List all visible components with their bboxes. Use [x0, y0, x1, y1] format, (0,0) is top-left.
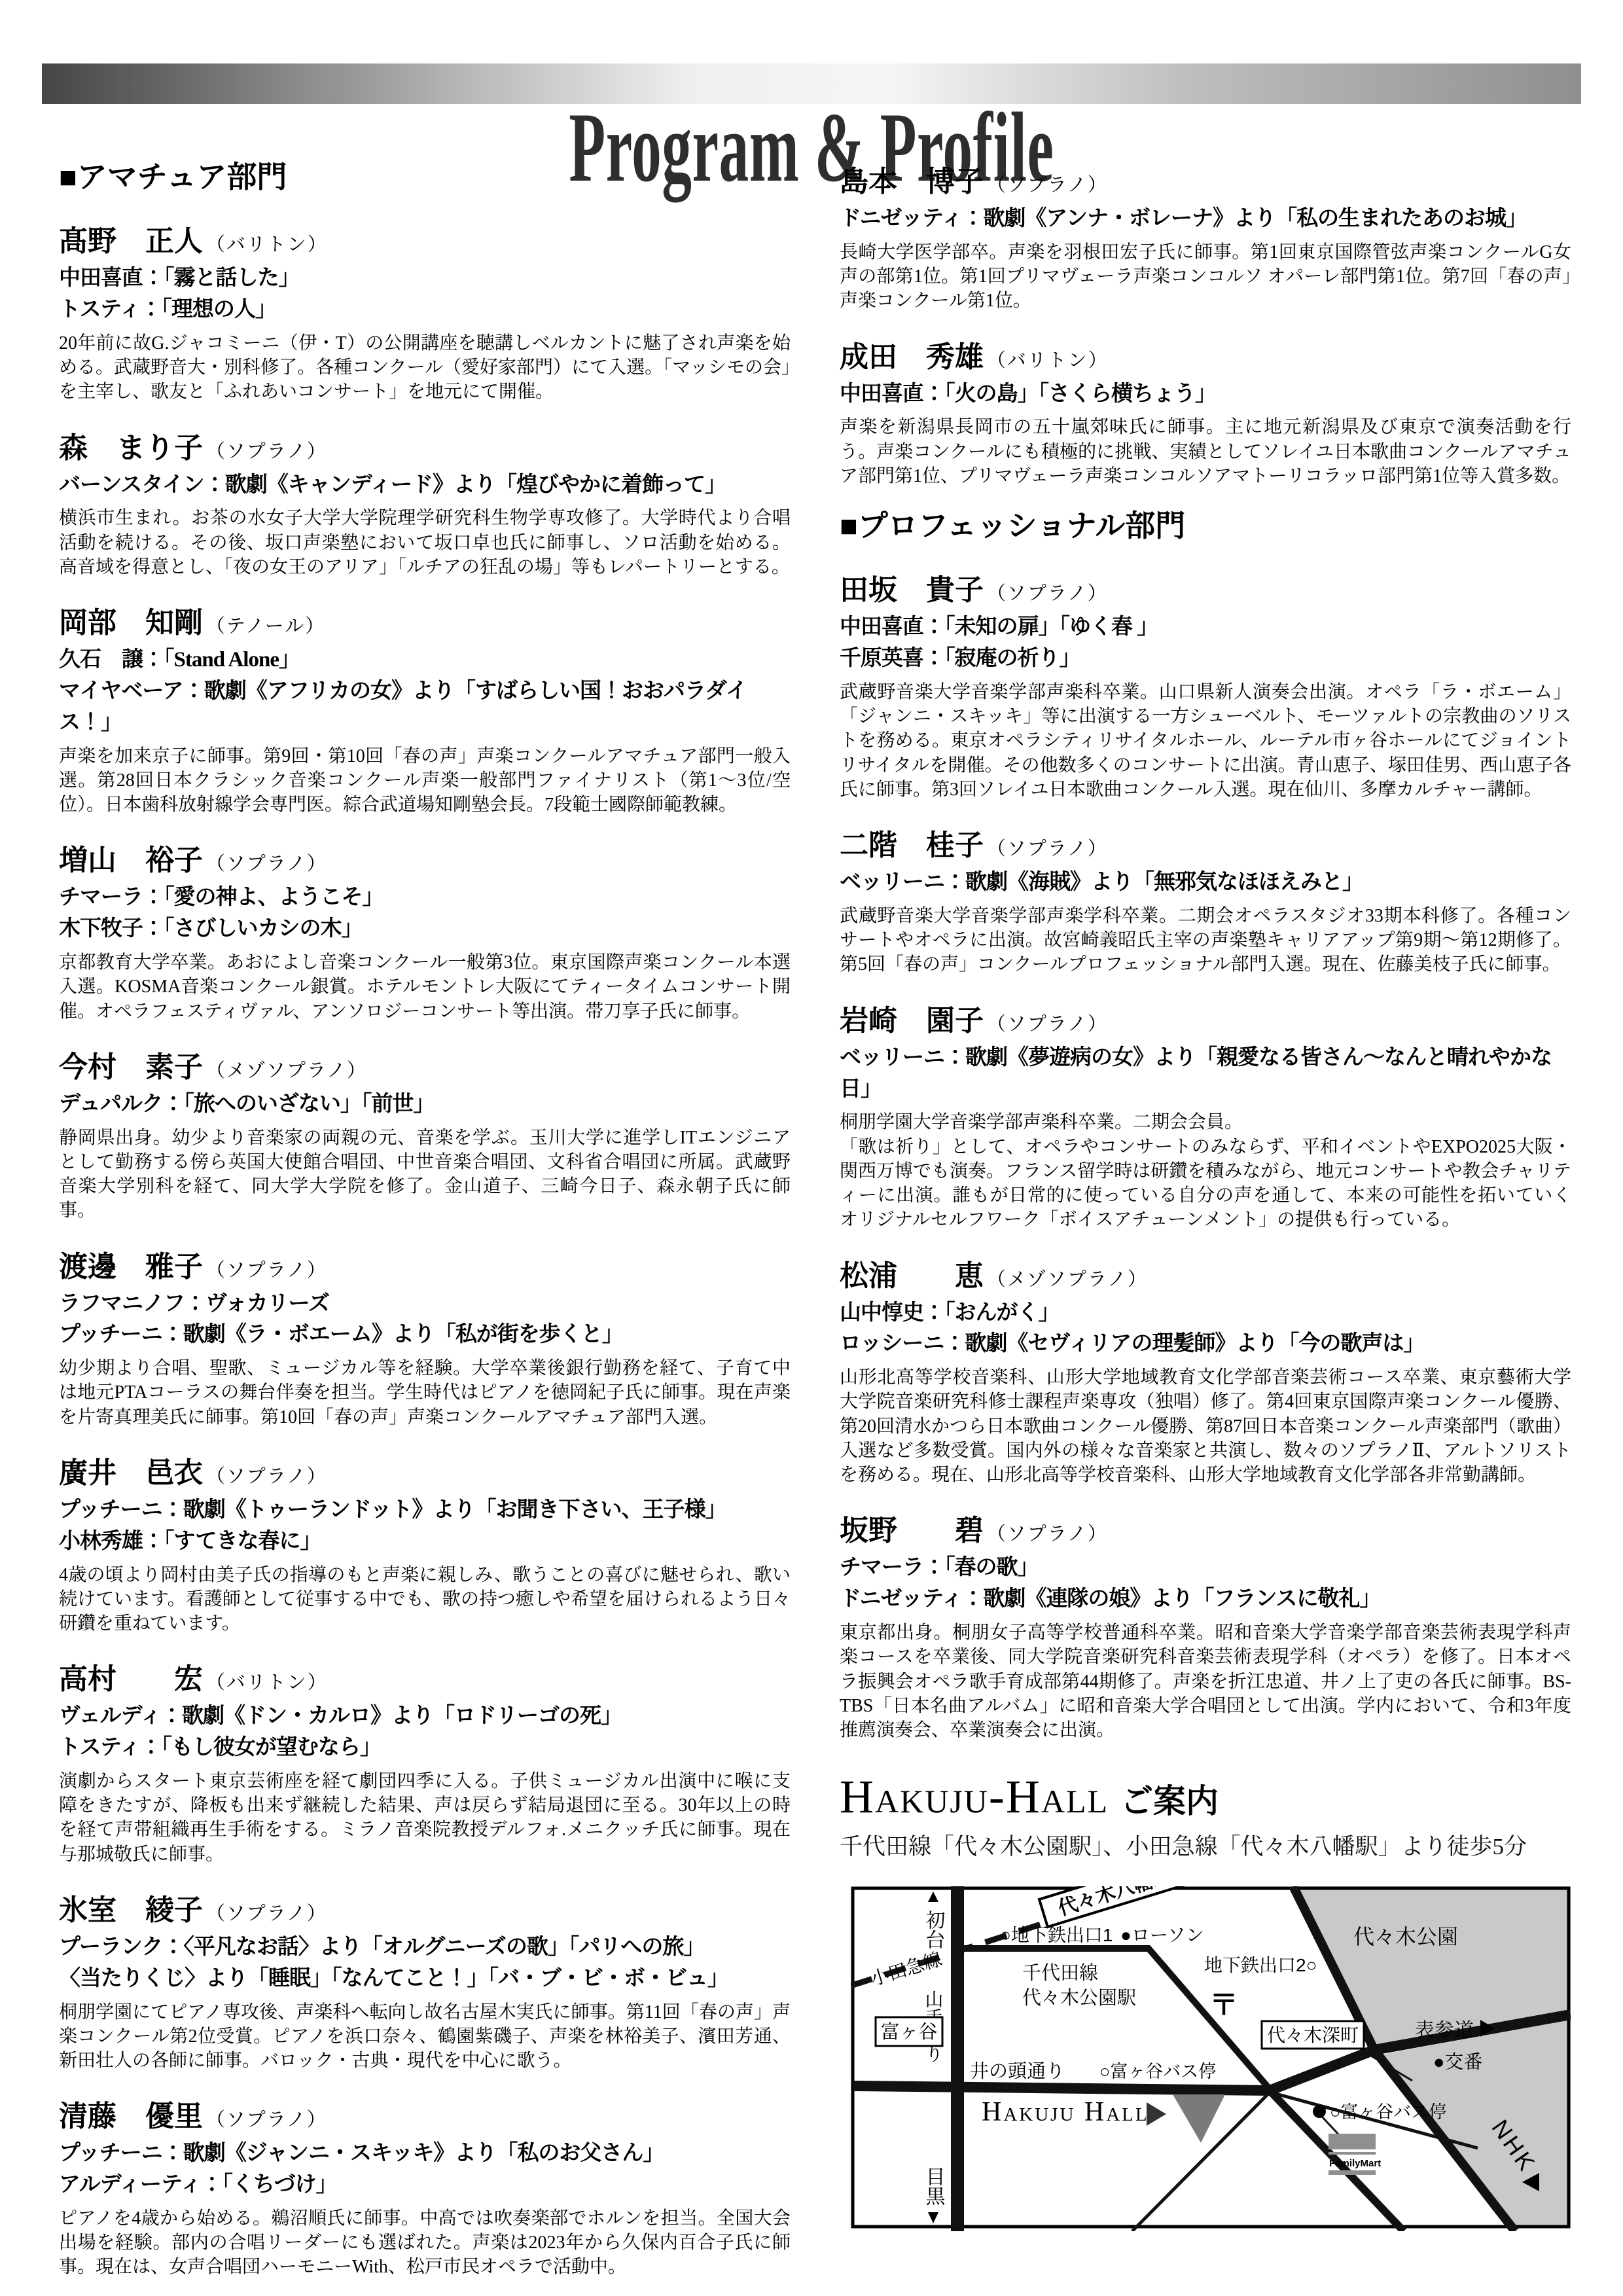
performer-bio: 横浜市生まれ。お茶の水女子大学大学院理学研究科生物学専攻修了。大学時代より合唱活…	[59, 506, 791, 579]
lawson-label: ●ローソン	[1120, 1925, 1204, 1945]
up-arrow-icon	[928, 1892, 938, 1902]
song-line: ドニゼッティ：歌劇《連隊の娘》より「フランスに敬礼」	[840, 1584, 1571, 1615]
song-list: プッチーニ：歌劇《トゥーランドット》より「お聞き下さい、王子様」小林秀雄：「すて…	[59, 1495, 791, 1558]
amateur-entries-right: 島本 博子 （ソプラノ） ドニゼッティ：歌劇《アンナ・ボレーナ》より「私の生まれ…	[840, 158, 1571, 488]
bio-paragraph: 横浜市生まれ。お茶の水女子大学大学院理学研究科生物学専攻修了。大学時代より合唱活…	[59, 506, 791, 579]
bio-paragraph: 桐朋学園大学音楽学部声楽科卒業。二期会会員。	[840, 1110, 1571, 1134]
performer-name: 松浦 恵	[840, 1260, 984, 1292]
song-line: バーンスタイン：歌劇《キャンディード》より「煌びやかに着飾って」	[59, 470, 791, 501]
bio-paragraph: 演劇からスタート東京芸術座を経て劇団四季に入る。子供ミュージカル出演中に喉に支障…	[59, 1769, 791, 1867]
song-line: ベッリーニ：歌劇《夢遊病の女》より「親愛なる皆さん～なんと晴れやかな日」	[840, 1043, 1571, 1105]
hall-guide-label: ご案内	[1120, 1783, 1219, 1820]
access-map: 代々木八幡駅 小田急線 初台 山手通り 目黒 富ヶ谷 ○地下鉄出口1 ●ローソン…	[851, 1886, 1571, 2233]
voice-type: （メゾソプラノ）	[206, 1060, 367, 1081]
song-line: ベッリーニ：歌劇《海賊》より「無邪気なほほえみと」	[840, 867, 1571, 899]
performer-bio: 武蔵野音楽大学音楽学部声楽科卒業。山口県新人演奏会出演。オペラ「ラ・ボエーム」「…	[840, 680, 1571, 802]
song-list: ベッリーニ：歌劇《夢遊病の女》より「親愛なる皆さん～なんと晴れやかな日」	[840, 1043, 1571, 1105]
performer-entry: 田坂 貴子 （ソプラノ） 中田喜直：「未知の扉」「ゆく春 」千原英喜：「寂庵の祈…	[840, 566, 1571, 802]
bus-stop-dot-icon	[1313, 2105, 1326, 2118]
hall-pointer-icon	[1147, 2102, 1166, 2126]
hall-name: Hakuju-Hall	[840, 1770, 1109, 1823]
bio-paragraph: 山形北高等学校音楽科、山形大学地域教育文化学部音楽芸術コース卒業、東京藝術大学大…	[840, 1365, 1571, 1487]
familymart-sign-stripe	[1329, 2152, 1376, 2155]
performer-entry: 島本 博子 （ソプラノ） ドニゼッティ：歌劇《アンナ・ボレーナ》より「私の生まれ…	[840, 158, 1571, 314]
performer-entry: 髙野 正人 （バリトン） 中田喜直：「霧と話した」トスティ：「理想の人」 20年…	[59, 217, 791, 404]
performer-entry: 高村 宏 （バリトン） ヴェルディ：歌劇《ドン・カルロ》より「ロドリーゴの死」ト…	[59, 1655, 791, 1867]
performer-name-line: 松浦 恵 （メゾソプラノ）	[840, 1252, 1571, 1294]
bio-paragraph: 静岡県出身。幼少より音楽家の両親の元、音楽を学ぶ。玉川大学に進学しITエンジニア…	[59, 1126, 791, 1223]
performer-name-line: 坂野 碧 （ソプラノ）	[840, 1507, 1571, 1549]
song-list: 中田喜直：「未知の扉」「ゆく春 」千原英喜：「寂庵の祈り」	[840, 612, 1571, 675]
performer-name: 田坂 貴子	[840, 574, 984, 606]
song-list: ラフマニノフ：ヴォカリーズプッチーニ：歌劇《ラ・ボエーム》より「私が街を歩くと」	[59, 1289, 791, 1352]
voice-type: （ソプラノ）	[206, 2109, 327, 2130]
song-list: 中田喜直：「火の島」「さくら横ちょう」	[840, 379, 1571, 410]
voice-type: （ソプラノ）	[206, 1903, 327, 1924]
song-line: 〈当たりくじ〉より「睡眠」「なんてこと！」「バ・ブ・ビ・ボ・ビュ」	[59, 1964, 791, 1995]
chiyoda-line-label: 千代田線	[1022, 1962, 1098, 1984]
hall-building-icon	[1173, 2094, 1225, 2143]
right-column: 島本 博子 （ソプラノ） ドニゼッティ：歌劇《アンナ・ボレーナ》より「私の生まれ…	[840, 158, 1571, 1762]
performer-entry: 氷室 綾子 （ソプラノ） プーランク：〈平凡なお話〉より「オルグニーズの歌」「パ…	[59, 1886, 791, 2073]
hakuju-hall-title: Hakuju-Hall ご案内	[840, 1772, 1571, 1822]
voice-type: （バリトン）	[206, 1672, 328, 1693]
performer-name: 髙野 正人	[59, 225, 203, 257]
song-list: ドニゼッティ：歌劇《アンナ・ボレーナ》より「私の生まれたあのお城」	[840, 204, 1571, 235]
voice-type: （ソプラノ）	[987, 175, 1108, 196]
performer-bio: 京都教育大学卒業。あおによし音楽コンクール一般第3位。東京国際声楽コンクール本選…	[59, 950, 791, 1024]
post-office-icon: 〒	[1209, 1989, 1238, 2021]
performer-name: 渡邊 雅子	[59, 1251, 203, 1283]
song-line: 中田喜直：「霧と話した」	[59, 263, 791, 295]
inokashira-dori-label: 井の頭通り	[970, 2060, 1065, 2082]
yoyogi-koen-station-label: 代々木公園駅	[1022, 1987, 1136, 2009]
song-line: チマーラ：「春の歌」	[840, 1552, 1571, 1584]
performer-name-line: 成田 秀雄 （バリトン）	[840, 333, 1571, 375]
bio-paragraph: 京都教育大学卒業。あおによし音楽コンクール一般第3位。東京国際声楽コンクール本選…	[59, 950, 791, 1024]
tomigaya-bus-stop2-label: ○富ヶ谷バス停	[1330, 2102, 1446, 2122]
performer-bio: 声楽を加来京子に師事。第9回・第10回「春の声」声楽コンクールアマチュア部門一般…	[59, 744, 791, 817]
familymart-sign-top	[1329, 2134, 1376, 2149]
performer-entry: 渡邊 雅子 （ソプラノ） ラフマニノフ：ヴォカリーズプッチーニ：歌劇《ラ・ボエー…	[59, 1243, 791, 1429]
familymart-sign-bottom	[1329, 2170, 1376, 2175]
performer-name: 坂野 碧	[840, 1515, 984, 1547]
hatsudai-label: 初台	[923, 1910, 946, 1949]
performer-entry: 森 まり子 （ソプラノ） バーンスタイン：歌劇《キャンディード》より「煌びやかに…	[59, 424, 791, 580]
performer-name: 廣井 邑衣	[59, 1457, 203, 1489]
song-line: プーランク：〈平凡なお話〉より「オルグニーズの歌」「パリへの旅」	[59, 1932, 791, 1964]
song-list: デュパルク：「旅へのいざない」「前世」	[59, 1089, 791, 1121]
song-line: 中田喜直：「火の島」「さくら横ちょう」	[840, 379, 1571, 410]
performer-name-line: 髙野 正人 （バリトン）	[59, 217, 791, 259]
performer-name-line: 清藤 優里 （ソプラノ）	[59, 2092, 791, 2134]
performer-entry: 坂野 碧 （ソプラノ） チマーラ：「春の歌」ドニゼッティ：歌劇《連隊の娘》より「…	[840, 1507, 1571, 1742]
performer-name: 清藤 優里	[59, 2100, 203, 2132]
performer-name-line: 増山 裕子 （ソプラノ）	[59, 836, 791, 878]
bio-paragraph: 20年前に故G.ジャコミーニ（伊・T）の公開講座を聴講しベルカントに魅了され声楽…	[59, 331, 791, 404]
tomigaya-label: 富ヶ谷	[880, 2021, 937, 2043]
performer-entry: 岡部 知剛 （テノール） 久石 譲：「Stand Alone」マイヤベーア：歌劇…	[59, 599, 791, 817]
song-line: トスティ：「もし彼女が望むなら」	[59, 1732, 791, 1764]
song-list: ヴェルディ：歌劇《ドン・カルロ》より「ロドリーゴの死」トスティ：「もし彼女が望む…	[59, 1701, 791, 1764]
performer-entry: 今村 素子 （メゾソプラノ） デュパルク：「旅へのいざない」「前世」 静岡県出身…	[59, 1043, 791, 1223]
voice-type: （ソプラノ）	[987, 838, 1108, 859]
performer-bio: 幼少期より合唱、聖歌、ミュージカル等を経験。大学卒業後銀行勤務を経て、子育て中は…	[59, 1356, 791, 1429]
song-list: 久石 譲：「Stand Alone」マイヤベーア：歌劇《アフリカの女》より「すば…	[59, 645, 791, 739]
song-line: アルディーティ：「くちづけ」	[59, 2170, 791, 2201]
hakuju-hall-map-label: Hakuju Hall	[982, 2097, 1149, 2127]
voice-type: （ソプラノ）	[206, 853, 327, 874]
song-line: ドニゼッティ：歌劇《アンナ・ボレーナ》より「私の生まれたあのお城」	[840, 204, 1571, 235]
song-line: 久石 譲：「Stand Alone」	[59, 645, 791, 676]
performer-bio: 山形北高等学校音楽科、山形大学地域教育文化学部音楽芸術コース卒業、東京藝術大学大…	[840, 1365, 1571, 1487]
performer-bio: 桐朋学園にてピアノ専攻後、声楽科へ転向し故名古屋木実氏に師事。第11回「春の声」…	[59, 2000, 791, 2073]
performer-bio: 20年前に故G.ジャコミーニ（伊・T）の公開講座を聴講しベルカントに魅了され声楽…	[59, 331, 791, 404]
song-line: チマーラ：「愛の神よ、ようこそ」	[59, 882, 791, 914]
omotesando-label: 表参道	[1415, 2020, 1474, 2041]
performer-entry: 松浦 恵 （メゾソプラノ） 山中惇史：「おんがく」ロッシーニ：歌劇《セヴィリアの…	[840, 1252, 1571, 1488]
voice-type: （ソプラノ）	[987, 1524, 1108, 1545]
performer-name: 岩崎 園子	[840, 1005, 984, 1037]
performer-bio: 武蔵野音楽大学音楽学部声楽学科卒業。二期会オペラスタジオ33期本科修了。各種コン…	[840, 904, 1571, 977]
meguro-label: 目黒	[923, 2166, 945, 2206]
bio-paragraph: 4歳の頃より岡村由美子氏の指導のもと声楽に親しみ、歌うことの喜びに魅せられ、歌い…	[59, 1563, 791, 1636]
voice-type: （テノール）	[206, 616, 326, 637]
performer-name: 増山 裕子	[59, 844, 203, 876]
bio-paragraph: 武蔵野音楽大学音楽学部声楽科卒業。山口県新人演奏会出演。オペラ「ラ・ボエーム」「…	[840, 680, 1571, 802]
performer-bio: 桐朋学園大学音楽学部声楽科卒業。二期会会員。「歌は祈り」として、オペラやコンサー…	[840, 1110, 1571, 1232]
performer-name-line: 廣井 邑衣 （ソプラノ）	[59, 1449, 791, 1491]
bio-paragraph: 声楽を新潟県長岡市の五十嵐郊味氏に師事。主に地元新潟県及び東京で演奏活動を行う。…	[840, 415, 1571, 488]
amateur-section-heading: ■アマチュア部門	[59, 159, 791, 195]
performer-bio: 声楽を新潟県長岡市の五十嵐郊味氏に師事。主に地元新潟県及び東京で演奏活動を行う。…	[840, 415, 1571, 488]
song-list: 中田喜直：「霧と話した」トスティ：「理想の人」	[59, 263, 791, 326]
song-line: 木下牧子：「さびしいカシの木」	[59, 914, 791, 945]
song-line: 千原英喜：「寂庵の祈り」	[840, 643, 1571, 675]
performer-bio: 演劇からスタート東京芸術座を経て劇団四季に入る。子供ミュージカル出演中に喉に支障…	[59, 1769, 791, 1867]
performer-bio: 東京都出身。桐朋女子高等学校普通科卒業。昭和音楽大学音楽学部音楽芸術表現学科声楽…	[840, 1621, 1571, 1742]
song-line: プッチーニ：歌劇《ラ・ボエーム》より「私が街を歩くと」	[59, 1319, 791, 1351]
voice-type: （ソプラノ）	[206, 441, 327, 462]
song-line: トスティ：「理想の人」	[59, 295, 791, 326]
bio-paragraph: 長崎大学医学部卒。声楽を羽根田宏子氏に師事。第1回東京国際管弦声楽コンクールG女…	[840, 240, 1571, 314]
performer-name-line: 高村 宏 （バリトン）	[59, 1655, 791, 1697]
familymart-sign: FamilyMart	[1329, 2134, 1381, 2175]
voice-type: （ソプラノ）	[206, 1260, 327, 1281]
performer-name-line: 森 まり子 （ソプラノ）	[59, 424, 791, 466]
bio-paragraph: 東京都出身。桐朋女子高等学校普通科卒業。昭和音楽大学音楽学部音楽芸術表現学科声楽…	[840, 1621, 1571, 1742]
song-line: マイヤベーア：歌劇《アフリカの女》より「すばらしい国！おおパラダイス！」	[59, 676, 791, 739]
performer-name: 氷室 綾子	[59, 1894, 203, 1926]
song-list: ベッリーニ：歌劇《海賊》より「無邪気なほほえみと」	[840, 867, 1571, 899]
subway-exit1-label: ○地下鉄出口1	[1000, 1925, 1113, 1945]
amateur-entries-left: 髙野 正人 （バリトン） 中田喜直：「霧と話した」トスティ：「理想の人」 20年…	[59, 217, 791, 2280]
voice-type: （メゾソプラノ）	[987, 1269, 1148, 1290]
yoyogi-hachiman-station-box: 代々木八幡駅	[1039, 1886, 1190, 1927]
yoyogi-park-label: 代々木公園	[1353, 1925, 1458, 1948]
tomigaya-bus-stop1-label: ○富ヶ谷バス停	[1099, 2062, 1216, 2081]
performer-name: 高村 宏	[59, 1663, 203, 1695]
left-column: ■アマチュア部門 髙野 正人 （バリトン） 中田喜直：「霧と話した」トスティ：「…	[59, 159, 791, 2296]
performer-name: 森 まり子	[59, 432, 203, 464]
performer-entry: 廣井 邑衣 （ソプラノ） プッチーニ：歌劇《トゥーランドット》より「お聞き下さい…	[59, 1449, 791, 1636]
performer-entry: 清藤 優里 （ソプラノ） プッチーニ：歌劇《ジャンニ・スキッキ》より「私のお父さ…	[59, 2092, 791, 2279]
bio-paragraph: ピアノを4歳から始める。鵜沼順氏に師事。中高では吹奏楽部でホルンを担当。全国大会…	[59, 2206, 791, 2280]
song-list: チマーラ：「愛の神よ、ようこそ」木下牧子：「さびしいカシの木」	[59, 882, 791, 945]
voice-type: （ソプラノ）	[206, 1466, 327, 1487]
professional-section-heading: ■プロフェッショナル部門	[840, 508, 1571, 544]
performer-name-line: 島本 博子 （ソプラノ）	[840, 158, 1571, 200]
hakuju-hall-guide: Hakuju-Hall ご案内 千代田線「代々木公園駅」、小田急線「代々木八幡駅…	[840, 1772, 1571, 1861]
nhk-area	[1378, 2020, 1571, 2227]
song-list: プーランク：〈平凡なお話〉より「オルグニーズの歌」「パリへの旅」〈当たりくじ〉よ…	[59, 1932, 791, 1995]
voice-type: （ソプラノ）	[987, 583, 1108, 604]
song-line: ラフマニノフ：ヴォカリーズ	[59, 1289, 791, 1320]
performer-name-line: 今村 素子 （メゾソプラノ）	[59, 1043, 791, 1085]
song-line: プッチーニ：歌劇《トゥーランドット》より「お聞き下さい、王子様」	[59, 1495, 791, 1526]
koban-label: ●交番	[1433, 2051, 1483, 2073]
song-line: プッチーニ：歌劇《ジャンニ・スキッキ》より「私のお父さん」	[59, 2138, 791, 2170]
song-list: プッチーニ：歌劇《ジャンニ・スキッキ》より「私のお父さん」アルディーティ：「くち…	[59, 2138, 791, 2201]
odakyu-line-group: 小田急線	[868, 1948, 944, 1989]
song-line: 中田喜直：「未知の扉」「ゆく春 」	[840, 612, 1571, 643]
song-list: 山中惇史：「おんがく」ロッシーニ：歌劇《セヴィリアの理髪師》より「今の歌声は」	[840, 1298, 1571, 1361]
performer-name-line: 二階 桂子 （ソプラノ）	[840, 821, 1571, 863]
program-page: { "header": { "title": "Program & Profil…	[0, 0, 1623, 2296]
performer-name: 今村 素子	[59, 1051, 203, 1083]
song-line: 小林秀雄：「すてきな春に」	[59, 1526, 791, 1558]
performer-entry: 岩崎 園子 （ソプラノ） ベッリーニ：歌劇《夢遊病の女》より「親愛なる皆さん～な…	[840, 997, 1571, 1232]
bio-paragraph: 桐朋学園にてピアノ専攻後、声楽科へ転向し故名古屋木実氏に師事。第11回「春の声」…	[59, 2000, 791, 2073]
song-line: ヴェルディ：歌劇《ドン・カルロ》より「ロドリーゴの死」	[59, 1701, 791, 1732]
down-arrow-icon	[928, 2212, 938, 2223]
song-line: 山中惇史：「おんがく」	[840, 1298, 1571, 1329]
performer-name-line: 渡邊 雅子 （ソプラノ）	[59, 1243, 791, 1285]
performer-bio: ピアノを4歳から始める。鵜沼順氏に師事。中高では吹奏楽部でホルンを担当。全国大会…	[59, 2206, 791, 2280]
performer-entry: 成田 秀雄 （バリトン） 中田喜直：「火の島」「さくら横ちょう」 声楽を新潟県長…	[840, 333, 1571, 489]
odakyu-line-label: 小田急線	[868, 1948, 944, 1989]
performer-name-line: 岩崎 園子 （ソプラノ）	[840, 997, 1571, 1039]
yoyogi-fukamachi-label: 代々木深町	[1267, 2025, 1359, 2045]
performer-name: 島本 博子	[840, 166, 984, 198]
familymart-label: FamilyMart	[1329, 2158, 1381, 2169]
bio-paragraph: 幼少期より合唱、聖歌、ミュージカル等を経験。大学卒業後銀行勤務を経て、子育て中は…	[59, 1356, 791, 1429]
voice-type: （バリトン）	[987, 350, 1109, 371]
voice-type: （バリトン）	[206, 234, 328, 255]
performer-name-line: 田坂 貴子 （ソプラノ）	[840, 566, 1571, 608]
performer-bio: 静岡県出身。幼少より音楽家の両親の元、音楽を学ぶ。玉川大学に進学しITエンジニア…	[59, 1126, 791, 1223]
voice-type: （ソプラノ）	[987, 1014, 1108, 1035]
performer-entry: 二階 桂子 （ソプラノ） ベッリーニ：歌劇《海賊》より「無邪気なほほえみと」 武…	[840, 821, 1571, 977]
song-list: バーンスタイン：歌劇《キャンディード》より「煌びやかに着飾って」	[59, 470, 791, 501]
song-list: チマーラ：「春の歌」ドニゼッティ：歌劇《連隊の娘》より「フランスに敬礼」	[840, 1552, 1571, 1615]
bio-paragraph: 「歌は祈り」として、オペラやコンサートのみならず、平和イベントやEXPO2025…	[840, 1135, 1571, 1232]
performer-name-line: 岡部 知剛 （テノール）	[59, 599, 791, 641]
performer-entry: 増山 裕子 （ソプラノ） チマーラ：「愛の神よ、ようこそ」木下牧子：「さびしいカ…	[59, 836, 791, 1023]
access-map-svg: 代々木八幡駅 小田急線 初台 山手通り 目黒 富ヶ谷 ○地下鉄出口1 ●ローソン…	[851, 1886, 1571, 2231]
bio-paragraph: 声楽を加来京子に師事。第9回・第10回「春の声」声楽コンクールアマチュア部門一般…	[59, 744, 791, 817]
performer-bio: 4歳の頃より岡村由美子氏の指導のもと声楽に親しみ、歌うことの喜びに魅せられ、歌い…	[59, 1563, 791, 1636]
song-line: デュパルク：「旅へのいざない」「前世」	[59, 1089, 791, 1121]
performer-bio: 長崎大学医学部卒。声楽を羽根田宏子氏に師事。第1回東京国際管弦声楽コンクールG女…	[840, 240, 1571, 314]
performer-name-line: 氷室 綾子 （ソプラノ）	[59, 1886, 791, 1928]
performer-name: 岡部 知剛	[59, 607, 203, 639]
song-line: ロッシーニ：歌劇《セヴィリアの理髪師》より「今の歌声は」	[840, 1329, 1571, 1360]
performer-name: 二階 桂子	[840, 829, 984, 861]
professional-entries: 田坂 貴子 （ソプラノ） 中田喜直：「未知の扉」「ゆく春 」千原英喜：「寂庵の祈…	[840, 566, 1571, 1742]
bio-paragraph: 武蔵野音楽大学音楽学部声楽学科卒業。二期会オペラスタジオ33期本科修了。各種コン…	[840, 904, 1571, 977]
performer-name: 成田 秀雄	[840, 341, 984, 373]
subway-exit2-label: 地下鉄出口2○	[1204, 1955, 1317, 1975]
hall-access-text: 千代田線「代々木公園駅」、小田急線「代々木八幡駅」より徒歩5分	[840, 1829, 1571, 1861]
